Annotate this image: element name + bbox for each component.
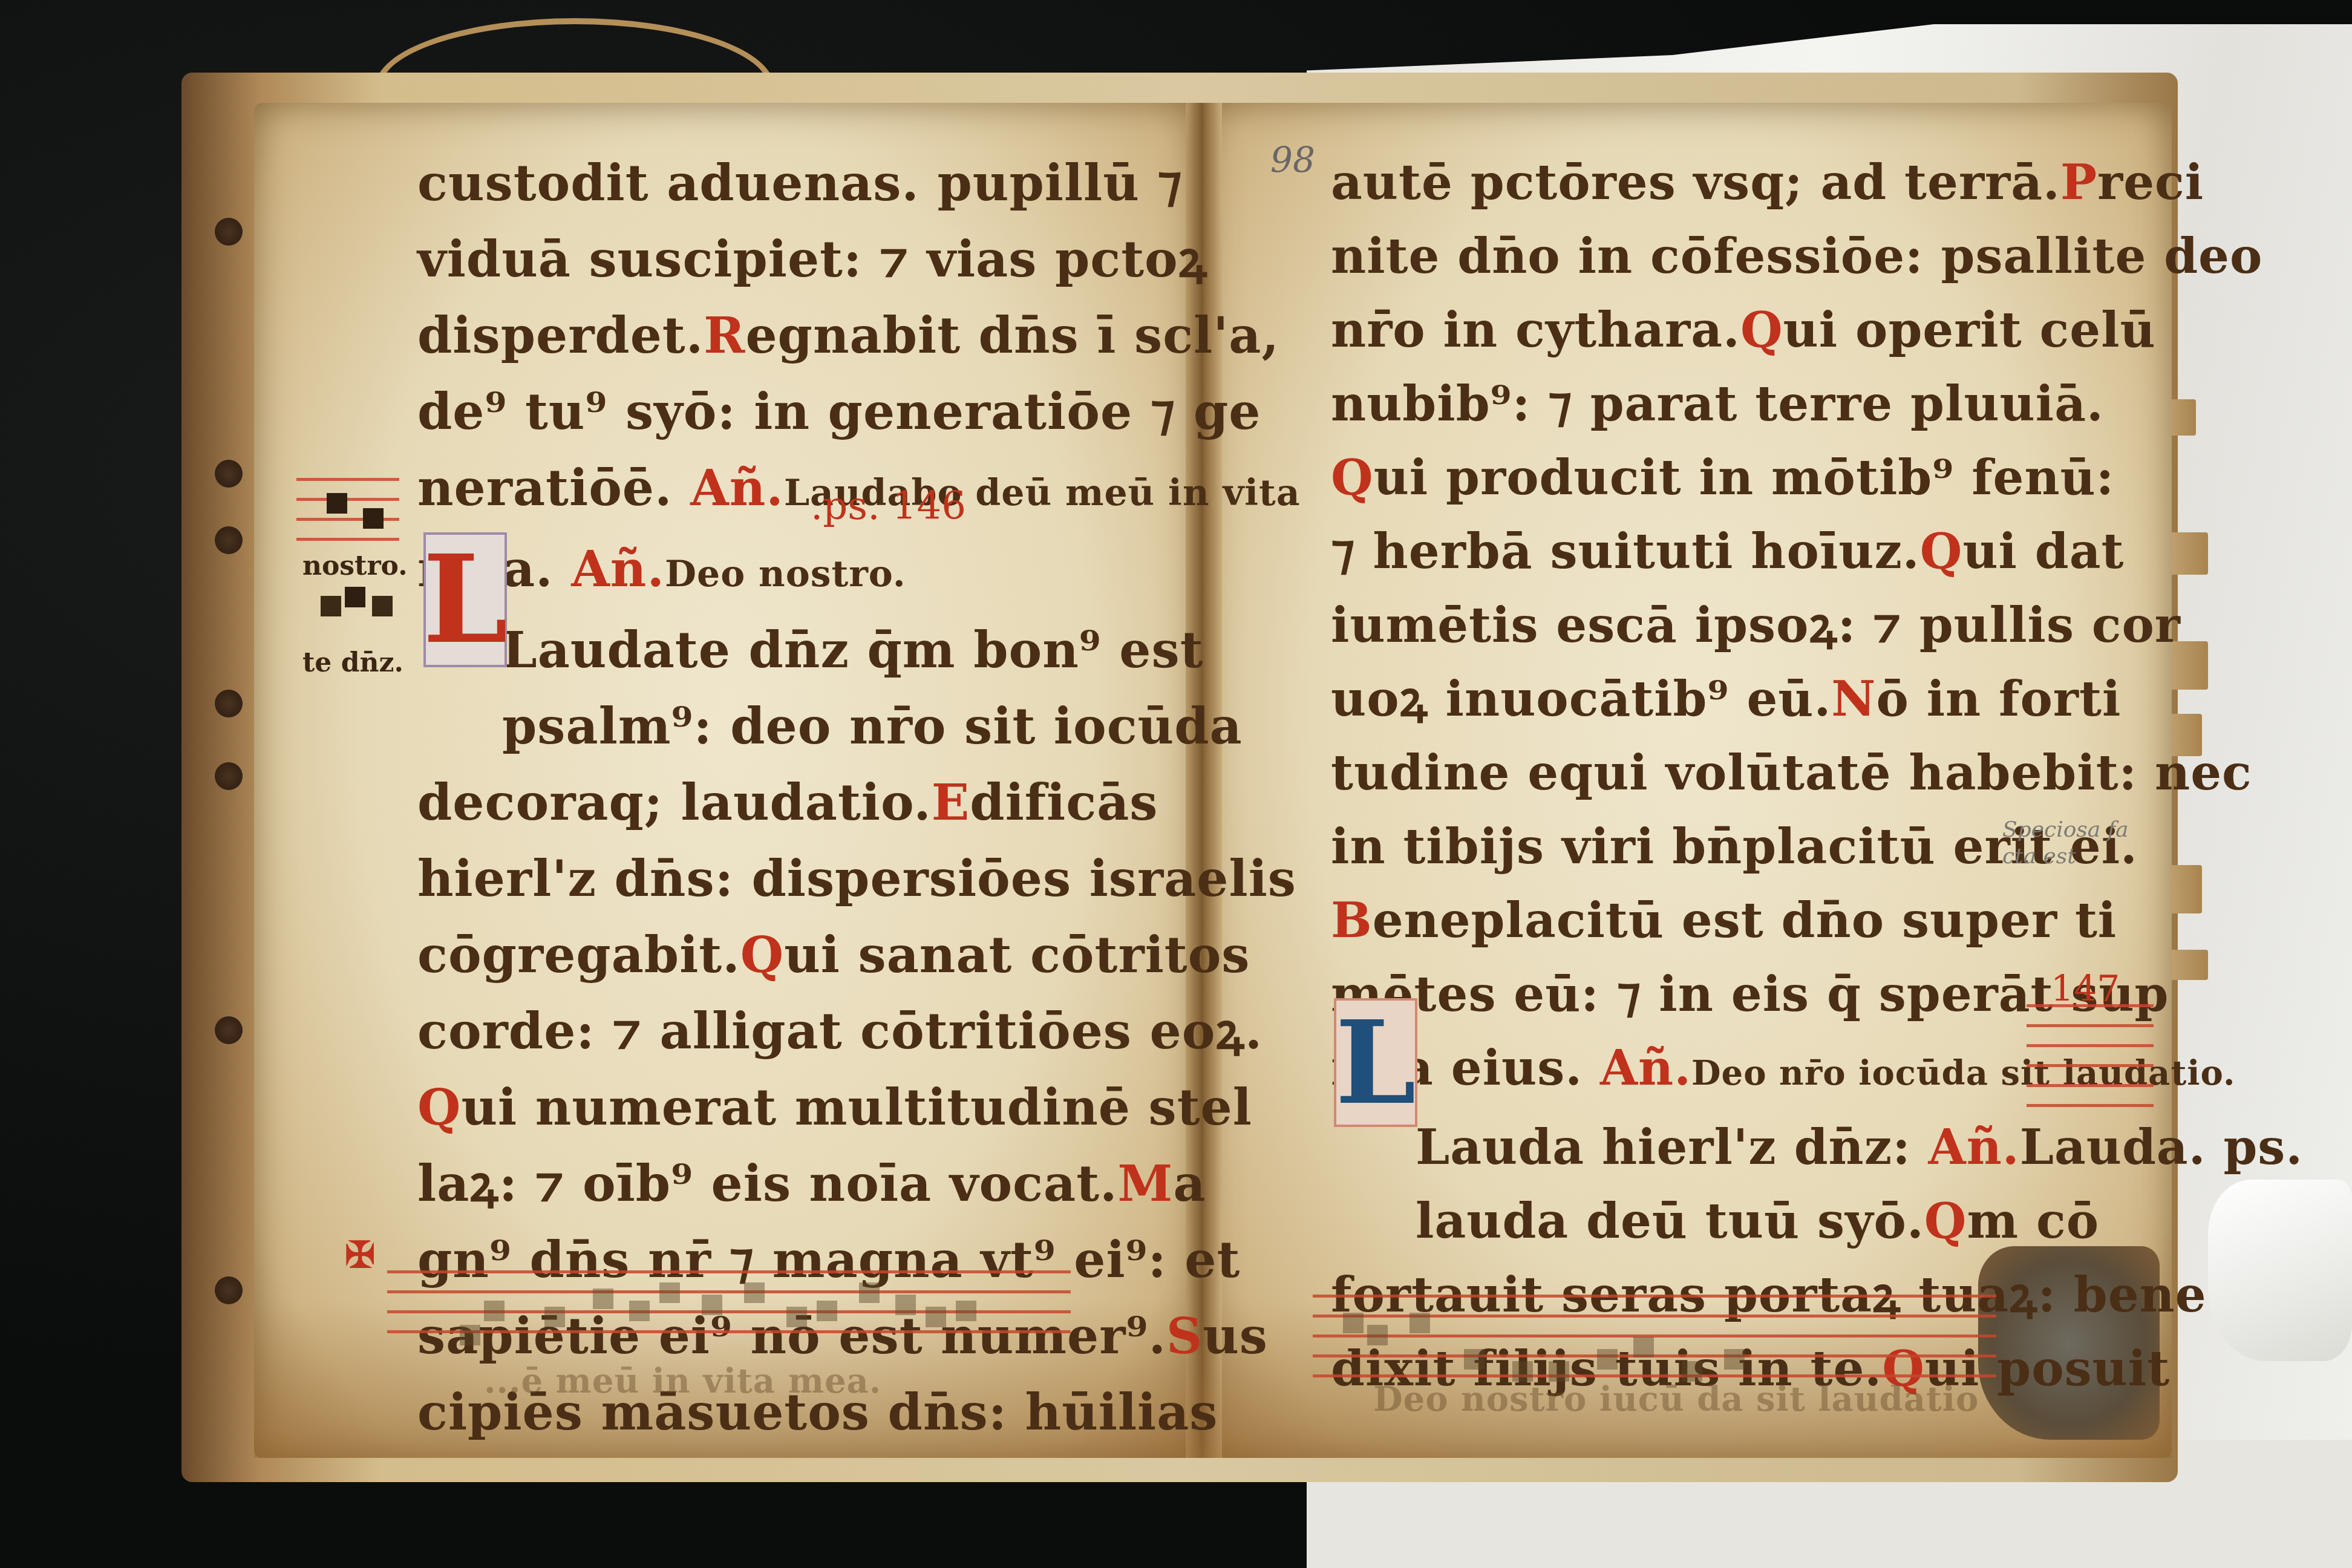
text-line: hierl'z dn̄s: dispersiōes israelis — [417, 841, 1301, 917]
rubric-cross-icon: ✠ — [345, 1234, 375, 1276]
neume-icon — [460, 1325, 480, 1345]
text-line: uoꝝ inuocātib⁹ eū.Nō in forti — [1331, 662, 2303, 736]
staff-line — [2027, 1004, 2154, 1007]
neume-icon — [484, 1301, 505, 1321]
rubric-initial: Q — [1924, 1192, 1967, 1249]
neume-icon — [1724, 1349, 1745, 1370]
neume-icon — [593, 1289, 613, 1309]
rubric-antiphon: Añ. — [571, 540, 665, 598]
text-line: lauda deū tuū syō.Qm cō — [1331, 1184, 2303, 1258]
neume-icon — [817, 1301, 837, 1321]
neume-icon — [1633, 1337, 1654, 1357]
text-line: Laudate dn̄z q̄m bon⁹ est — [417, 612, 1301, 688]
staff-line — [1313, 1295, 1996, 1298]
rubric-initial: R — [704, 307, 745, 365]
neume-icon — [1410, 1313, 1430, 1333]
neume-icon — [926, 1307, 946, 1327]
neume-icon — [1549, 1361, 1569, 1382]
neume-icon — [629, 1301, 650, 1321]
text-line: mētes eū: ⁊ in eis q̄ sperāt sup — [1331, 957, 2303, 1031]
margin-chant-staff — [2027, 1004, 2154, 1124]
pencil-margin-note: Speciosa fa cta est — [2002, 817, 2129, 870]
text-line: laꝝ: ⁊ oīb⁹ eis noīa vocat.Ma — [417, 1146, 1301, 1222]
rubric-initial: Q — [1920, 523, 1963, 580]
right-page-text: autē pctōres vsq; ad terrā.Preci nite dn… — [1331, 145, 2303, 1405]
staff-line — [296, 518, 399, 521]
staff-line — [387, 1270, 1071, 1273]
leather-thong-icon — [215, 1016, 243, 1044]
text-line: Beneplacitū est dn̄o super ti — [1331, 883, 2303, 957]
text-line: cōgregabit.Qui sanat cōtritos — [417, 917, 1301, 993]
neume-icon — [321, 596, 341, 616]
neume-icon — [956, 1301, 976, 1321]
staff-line — [387, 1290, 1071, 1293]
margin-chant-word: te dn̄z. — [302, 647, 403, 678]
neume-icon — [327, 493, 347, 514]
leather-thong-icon — [215, 218, 243, 246]
text-line: mia eius. Añ.Deo nr̄o iocūda sit laudati… — [1331, 1031, 2303, 1110]
staff-line — [2027, 1024, 2154, 1027]
text-line: nite dn̄o in cōfessiōe: psallite deo — [1331, 219, 2303, 293]
text-line: de⁹ tu⁹ syō: in generatiōe ⁊ ge — [417, 374, 1301, 450]
margin-chant-word: nostro. — [302, 550, 408, 581]
staff-line — [1313, 1334, 1996, 1338]
illuminated-initial-blue: L — [1334, 998, 1417, 1127]
text-line: mea. Añ.Deo nostro. — [417, 531, 1301, 612]
rubric-initial: Q — [417, 1079, 461, 1137]
pencil-note-line: Speciosa fa — [2002, 817, 2129, 843]
text-line: corde: ⁊ alligat cōtritiōes eoꝝ. — [417, 993, 1301, 1070]
rubric-initial: E — [932, 774, 970, 832]
text-line: autē pctōres vsq; ad terrā.Preci — [1331, 145, 2303, 219]
rubric-antiphon: Añ. — [1600, 1039, 1691, 1096]
rubric-initial: Q — [740, 926, 784, 984]
rubric-initial: S — [1166, 1307, 1203, 1365]
rubric-initial: M — [1118, 1155, 1174, 1213]
text-line: decoraq; laudatio.Edificās — [417, 765, 1301, 841]
neume-icon — [363, 508, 384, 529]
folio-number: 98 — [1270, 139, 1315, 180]
staff-line — [296, 538, 399, 541]
text-line: in tibijs viri bn̄placitū erit ei. — [1331, 809, 2303, 883]
text-line: iumētis escā ipsoꝝ: ⁊ pullis cor — [1331, 588, 2303, 662]
neume-icon — [345, 587, 365, 607]
text-line: viduā suscipiet: ⁊ vias pctoꝝ — [417, 221, 1301, 298]
margin-chant-staff — [296, 478, 399, 558]
staff-line — [2027, 1084, 2154, 1087]
neume-icon — [544, 1307, 565, 1327]
rubric-initial: Q — [1740, 301, 1783, 358]
staff-line — [1313, 1354, 1996, 1357]
leather-thong-icon — [215, 460, 243, 488]
rubric-initial: Q — [1331, 449, 1374, 506]
text-line: nubib⁹: ⁊ parat terre pluuiā. — [1331, 367, 2303, 440]
psalm-number: .ps. 146 — [811, 484, 966, 529]
staff-line — [1313, 1374, 1996, 1377]
text-line: tudine equi volūtatē habebit: nec — [1331, 736, 2303, 809]
neume-icon — [859, 1282, 880, 1303]
staff-line — [2027, 1104, 2154, 1107]
illuminated-initial: L — [423, 532, 507, 667]
neume-icon — [1597, 1349, 1618, 1370]
rubric-initial: B — [1331, 892, 1373, 949]
neume-icon — [659, 1282, 680, 1303]
leather-thong-icon — [215, 1276, 243, 1304]
staff-line — [2027, 1044, 2154, 1047]
staff-line — [296, 478, 399, 481]
rubric-initial: P — [2060, 154, 2097, 211]
text-line: psalm⁹: deo nr̄o sit iocūda — [417, 688, 1301, 765]
faded-chant-text: ...ē meū in vita mea. — [484, 1361, 881, 1401]
staff-line — [387, 1330, 1071, 1333]
text-line: Qui numerat multitudinē stel — [417, 1070, 1301, 1146]
leather-thong-icon — [215, 762, 243, 790]
neume-icon — [1367, 1325, 1388, 1345]
neume-icon — [372, 596, 393, 616]
neume-icon — [1343, 1313, 1364, 1333]
neume-icon — [702, 1295, 722, 1315]
text-line: custodit aduenas. pupillū ⁊ — [417, 145, 1301, 221]
staff-line — [2027, 1064, 2154, 1067]
text-line: Qui producit in mōtib⁹ fenū: — [1331, 440, 2303, 514]
text-line: Lauda hierl'z dn̄z: Añ.Lauda. ps. — [1331, 1110, 2303, 1184]
neume-icon — [1464, 1349, 1485, 1370]
faded-chant-text: Deo nostro iucū da sit laudatio — [1373, 1379, 1979, 1419]
neume-icon — [1682, 1361, 1702, 1382]
neume-icon — [786, 1307, 807, 1327]
text-line: nr̄o in cythara.Qui operit celū — [1331, 293, 2303, 367]
left-page-text: custodit aduenas. pupillū ⁊ viduā suscip… — [417, 145, 1301, 1451]
leather-thong-icon — [215, 526, 243, 554]
leather-thong-icon — [215, 690, 243, 717]
rubric-initial: N — [1831, 670, 1876, 727]
text-line: ⁊ herbā suituti hoīuz.Qui dat — [1331, 514, 2303, 588]
staff-line — [296, 498, 399, 501]
neume-icon — [895, 1295, 916, 1315]
neume-icon — [1512, 1361, 1533, 1382]
text-line: disperdet.Regnabit dn̄s ī scl'a, — [417, 298, 1301, 374]
rubric-antiphon: Añ. — [1929, 1119, 2020, 1175]
neume-icon — [744, 1282, 765, 1303]
pencil-note-line: cta est — [2002, 843, 2129, 870]
rubric-antiphon: Añ. — [690, 459, 784, 517]
